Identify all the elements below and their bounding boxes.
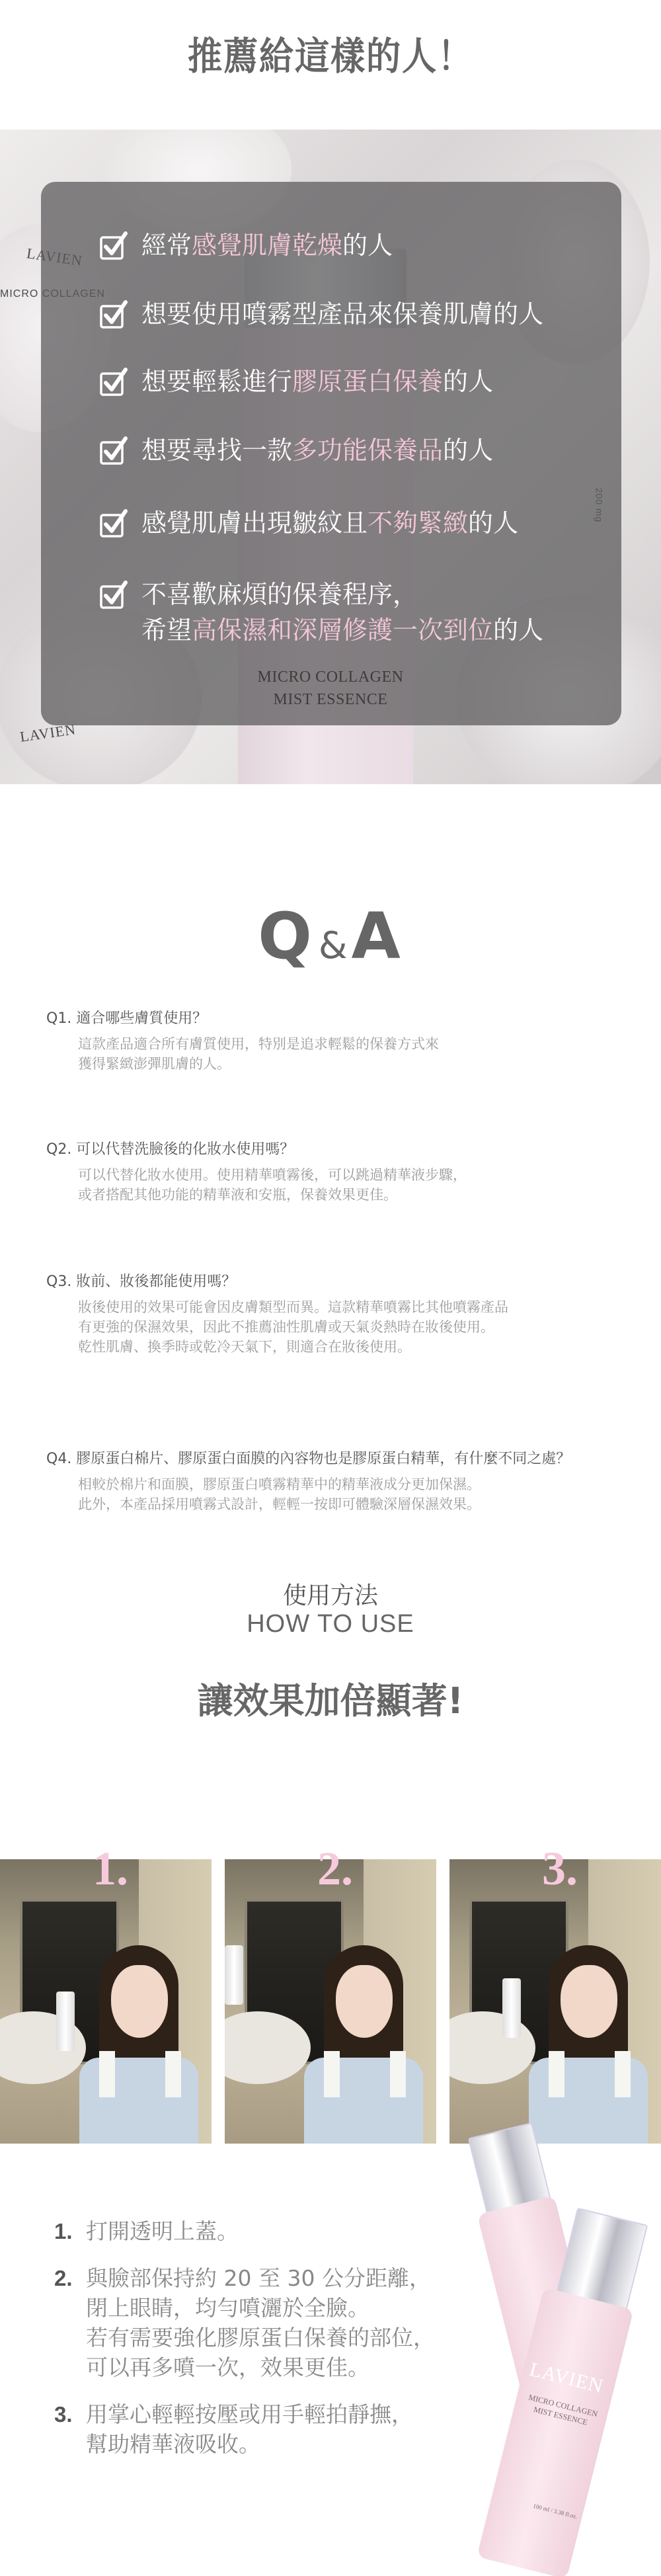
checkbox-checked-icon	[99, 300, 130, 330]
qa-answer: 妝後使用的效果可能會因皮膚類型而異。這款精華噴霧比其他噴霧產品 有更強的保濕效果…	[46, 1297, 641, 1357]
recommend-item-4: 想要尋找一款多功能保養品的人	[99, 432, 493, 468]
step-number-1: 1.	[93, 1841, 128, 1896]
product-label-line2: MIST ESSENCE	[0, 686, 661, 713]
how-to-use-slogan: 讓效果加倍顯著!	[0, 1673, 661, 1724]
step-photo-2	[225, 1859, 436, 2144]
qa-question: Q1. 適合哪些膚質使用？	[46, 1009, 641, 1029]
recommend-item-1: 經常感覺肌膚乾燥的人	[99, 227, 393, 263]
step-number-3: 3.	[542, 1841, 578, 1896]
checkbox-checked-icon	[99, 508, 130, 539]
recommend-item-text: 想要尋找一款多功能保養品的人	[141, 432, 493, 468]
qa-item-3: Q3. 妝前、妝後都能使用嗎？ 妝後使用的效果可能會因皮膚類型而異。這款精華噴霧…	[46, 1272, 641, 1357]
checkbox-checked-icon	[99, 367, 130, 397]
recommend-item-text: 想要使用噴霧型產品來保養肌膚的人	[141, 296, 543, 332]
qa-answer: 相較於棉片和面膜，膠原蛋白噴霧精華中的精華液成分更加保濕。 此外，本產品採用噴霧…	[46, 1474, 641, 1514]
step-item-2: 2. 與臉部保持約 20 至 30 公分距離， 閉上眼睛，均勻噴灑於全臉。 若有…	[54, 2263, 464, 2382]
qa-answer: 可以代替化妝水使用。使用精華噴霧後，可以跳過精華液步驟， 或者搭配其他功能的精華…	[46, 1165, 641, 1205]
qa-item-2: Q2. 可以代替洗臉後的化妝水使用嗎？ 可以代替化妝水使用。使用精華噴霧後，可以…	[46, 1140, 641, 1205]
recommend-item-2: 想要使用噴霧型產品來保養肌膚的人	[99, 296, 543, 332]
how-to-use-title-zh: 使用方法	[0, 1577, 661, 1611]
qa-question: Q3. 妝前、妝後都能使用嗎？	[46, 1272, 641, 1292]
recommend-item-6: 不喜歡麻煩的保養程序，希望高保濕和深層修護一次到位的人	[99, 577, 543, 648]
recommend-item-text: 不喜歡麻煩的保養程序，希望高保濕和深層修護一次到位的人	[141, 577, 543, 648]
qa-question: Q4. 膠原蛋白棉片、膠原蛋白面膜的內容物也是膠原蛋白精華，有什麼不同之處？	[46, 1449, 641, 1469]
qa-item-4: Q4. 膠原蛋白棉片、膠原蛋白面膜的內容物也是膠原蛋白精華，有什麼不同之處？ 相…	[46, 1449, 641, 1514]
recommend-item-text: 感覺肌膚出現皺紋且不夠緊緻的人	[141, 505, 518, 541]
recommend-item-5: 感覺肌膚出現皺紋且不夠緊緻的人	[99, 505, 518, 541]
step-item-1: 1. 打開透明上蓋。	[54, 2216, 464, 2246]
qa-answer: 這款產品適合所有膚質使用，特別是追求輕鬆的保養方式來 獲得緊緻澎彈肌膚的人。	[46, 1034, 641, 1074]
step-photo-3	[449, 1859, 661, 2144]
checkbox-checked-icon	[99, 580, 130, 610]
checkbox-checked-icon	[99, 436, 130, 466]
recommend-hero-image: LAVIEN MICRO COLLAGEN LAVIEN 200 mg 經常感覺…	[0, 130, 661, 784]
how-to-use-steps: 1. 打開透明上蓋。 2. 與臉部保持約 20 至 30 公分距離， 閉上眼睛，…	[54, 2216, 464, 2476]
checkbox-checked-icon	[99, 231, 130, 261]
qa-question: Q2. 可以代替洗臉後的化妝水使用嗎？	[46, 1140, 641, 1160]
recommend-item-3: 想要輕鬆進行膠原蛋白保養的人	[99, 364, 493, 399]
qa-item-1: Q1. 適合哪些膚質使用？ 這款產品適合所有膚質使用，特別是追求輕鬆的保養方式來…	[46, 1009, 641, 1074]
step-item-3: 3. 用掌心輕輕按壓或用手輕拍靜撫， 幫助精華液吸收。	[54, 2399, 464, 2459]
recommend-item-text: 經常感覺肌膚乾燥的人	[141, 227, 393, 263]
step-number-2: 2.	[317, 1841, 353, 1896]
recommend-item-text: 想要輕鬆進行膠原蛋白保養的人	[141, 364, 493, 399]
how-to-use-title-en: HOW TO USE	[0, 1610, 661, 1638]
step-photo-1	[0, 1859, 212, 2144]
recommend-title: 推薦給這樣的人！	[33, 25, 628, 81]
qa-title: Q&A	[0, 899, 661, 973]
